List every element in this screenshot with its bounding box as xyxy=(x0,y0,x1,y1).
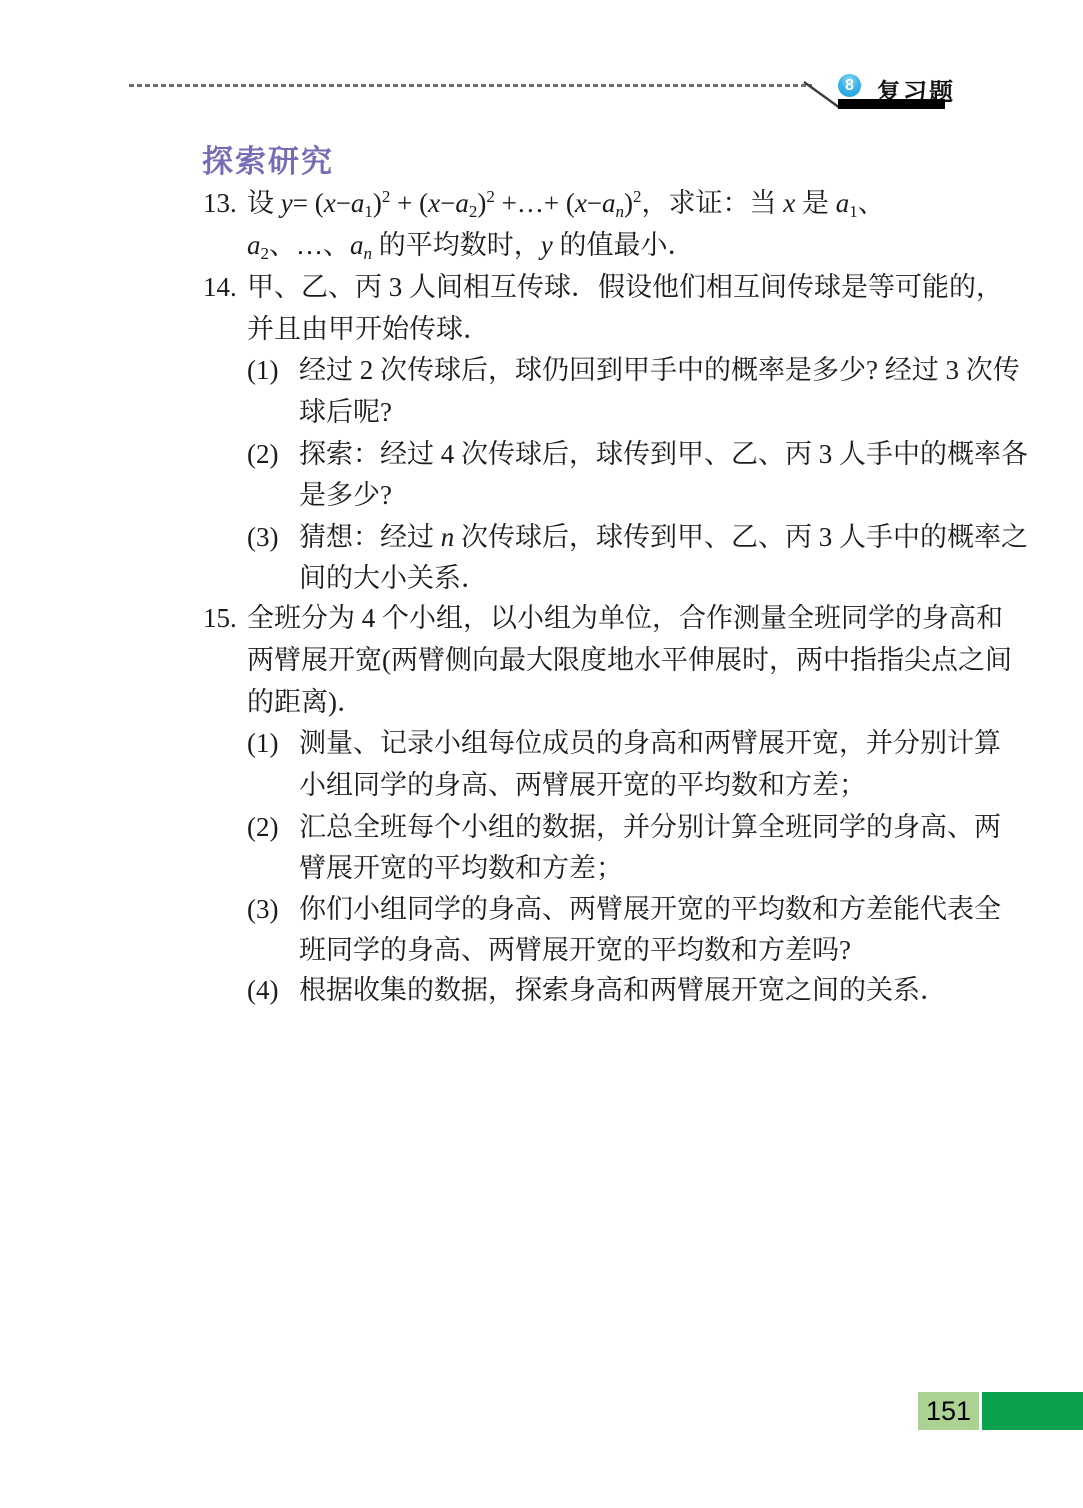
footer-accent-bar xyxy=(982,1392,1083,1430)
problem-13-number: 13. xyxy=(203,186,237,220)
problem-15-sub-1-label: (1) xyxy=(247,726,278,760)
problem-14-sub-1-line-2: 球后呢? xyxy=(299,395,392,429)
textbook-page: 8 复习题 探索研究 13. 设 y= (x−a1)2 + (x−a2)2 +…… xyxy=(0,0,1083,1508)
problem-14-sub-2-line-2: 是多少? xyxy=(299,478,392,512)
problem-15-line-1: 全班分为 4 个小组，以小组为单位，合作测量全班同学的身高和 xyxy=(247,601,1003,635)
section-heading: 探索研究 xyxy=(202,136,334,181)
page-number: 151 xyxy=(926,1398,971,1425)
problem-15-sub-2-line-2: 臂展开宽的平均数和方差； xyxy=(299,851,623,885)
problem-15-line-3: 的距离)． xyxy=(247,685,364,719)
header-black-bar xyxy=(838,99,945,109)
chapter-badge: 8 xyxy=(838,74,861,97)
problem-15-sub-1-line-1: 测量、记录小组每位成员的身高和两臂展开宽，并分别计算 xyxy=(299,726,1001,760)
problem-15-sub-2-line-1: 汇总全班每个小组的数据，并分别计算全班同学的身高、两 xyxy=(299,810,1001,844)
problem-15-sub-4-line-1: 根据收集的数据，探索身高和两臂展开宽之间的关系． xyxy=(299,973,947,1007)
problem-14-line-2: 并且由甲开始传球． xyxy=(247,312,490,346)
problem-14-sub-3-line-2: 间的大小关系． xyxy=(299,561,488,595)
problem-14-number: 14. xyxy=(203,270,237,304)
page-number-box: 151 xyxy=(918,1392,979,1430)
problem-14-line-1: 甲、乙、丙 3 人间相互传球．假设他们相互间传球是等可能的， xyxy=(247,270,1003,304)
problem-14-sub-3-label: (3) xyxy=(247,520,278,554)
problem-13-line-2: a2、…、an 的平均数时，y 的值最小． xyxy=(247,228,694,266)
header-dashed-rule xyxy=(129,84,812,87)
problem-15-sub-2-label: (2) xyxy=(247,810,278,844)
problem-14-sub-3-line-1: 猜想：经过 n 次传球后，球传到甲、乙、丙 3 人手中的概率之 xyxy=(299,520,1028,554)
problem-15-sub-1-line-2: 小组同学的身高、两臂展开宽的平均数和方差； xyxy=(299,768,866,802)
problem-15-sub-3-label: (3) xyxy=(247,892,278,926)
problem-14-sub-1-label: (1) xyxy=(247,353,278,387)
chapter-badge-number: 8 xyxy=(845,78,854,94)
problem-15-line-2: 两臂展开宽(两臂侧向最大限度地水平伸展时，两中指指尖点之间 xyxy=(247,643,1012,677)
problem-14-sub-2-line-1: 探索：经过 4 次传球后，球传到甲、乙、丙 3 人手中的概率各 xyxy=(299,437,1028,471)
problem-15-sub-4-label: (4) xyxy=(247,973,278,1007)
problem-15-number: 15. xyxy=(203,601,237,635)
problem-14-sub-1-line-1: 经过 2 次传球后，球仍回到甲手中的概率是多少? 经过 3 次传 xyxy=(299,353,1020,387)
problem-15-sub-3-line-2: 班同学的身高、两臂展开宽的平均数和方差吗? xyxy=(299,933,851,967)
problem-15-sub-3-line-1: 你们小组同学的身高、两臂展开宽的平均数和方差能代表全 xyxy=(299,892,1001,926)
problem-14-sub-2-label: (2) xyxy=(247,437,278,471)
problem-13-line-1: 设 y= (x−a1)2 + (x−a2)2 +…+ (x−an)2，求证：当 … xyxy=(247,186,885,224)
